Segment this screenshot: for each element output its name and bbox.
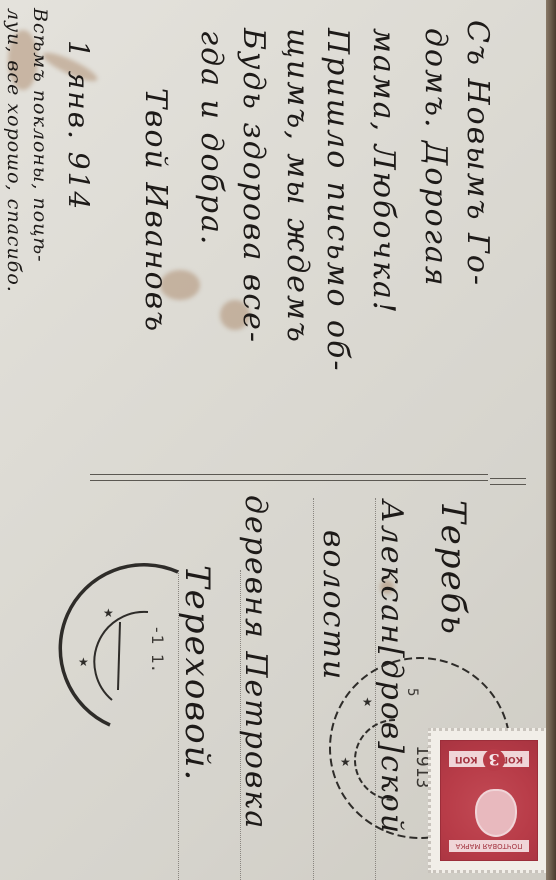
stamp-bottom-text: ПОЧТОВАЯ МАРКА	[449, 840, 529, 852]
stamp-design: КОП КОП 3 ПОЧТОВАЯ МАРКА	[440, 740, 538, 861]
postcard: Съ Новымъ Го- домъ. Дорогая мама, Любочк…	[0, 0, 550, 880]
eagle-emblem-icon	[475, 789, 517, 837]
svg-text:★: ★	[103, 606, 114, 620]
right-postmark-mark: 5	[404, 688, 420, 696]
svg-text:★: ★	[340, 755, 351, 769]
left-postmark-date: -1 1.	[148, 625, 167, 673]
svg-text:★: ★	[362, 695, 373, 709]
postage-stamp: КОП КОП 3 ПОЧТОВАЯ МАРКА	[428, 728, 550, 873]
background-edge	[546, 0, 556, 880]
svg-text:★: ★	[78, 655, 89, 669]
stamp-value: 3	[483, 749, 505, 771]
stamp-top-text-right: КОП	[455, 754, 478, 764]
